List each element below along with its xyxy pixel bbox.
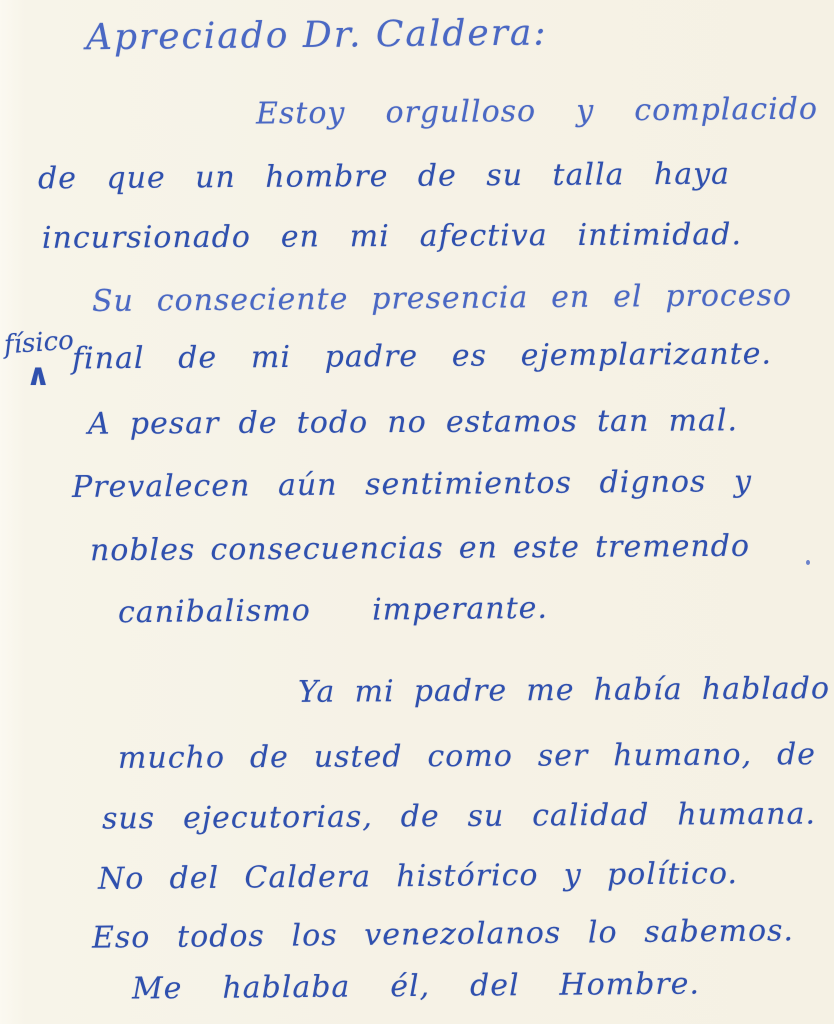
letter-line-5: final de mi padre es ejemplarizante. xyxy=(72,337,772,378)
letter-line-9: canibalismo imperante. xyxy=(118,591,548,632)
letter-line-2: de que un hombre de su talla haya xyxy=(38,157,730,198)
letter-line-6: A pesar de todo no estamos tan mal. xyxy=(88,403,738,442)
letter-line-7: Prevalecen aún sentimientos dignos y xyxy=(72,464,752,506)
stray-ink-dot xyxy=(806,560,810,565)
letter-page: Apreciado Dr. Caldera: Estoy orgulloso y… xyxy=(0,0,834,1024)
letter-line-13: No del Caldera histórico y político. xyxy=(98,856,738,898)
letter-line-12: sus ejecutorias, de su calidad humana. xyxy=(102,797,816,838)
letter-line-4: Su conseciente presencia en el proceso xyxy=(92,278,792,320)
insertion-caret-mark: ∧ xyxy=(26,358,50,393)
letter-line-14: Eso todos los venezolanos lo sabemos. xyxy=(92,913,794,956)
margin-note-fisico: físico xyxy=(3,326,75,361)
letter-line-10: Ya mi padre me había hablado xyxy=(298,671,830,711)
letter-line-8: nobles consecuencias en este tremendo xyxy=(90,529,750,570)
letter-line-1: Estoy orgulloso y complacido xyxy=(256,92,818,133)
letter-line-15: Me hablaba él, del Hombre. xyxy=(132,967,700,1008)
letter-line-11: mucho de usted como ser humano, de xyxy=(118,737,816,777)
letter-line-3: incursionado en mi afectiva intimidad. xyxy=(42,217,742,257)
salutation-line: Apreciado Dr. Caldera: xyxy=(86,12,522,60)
